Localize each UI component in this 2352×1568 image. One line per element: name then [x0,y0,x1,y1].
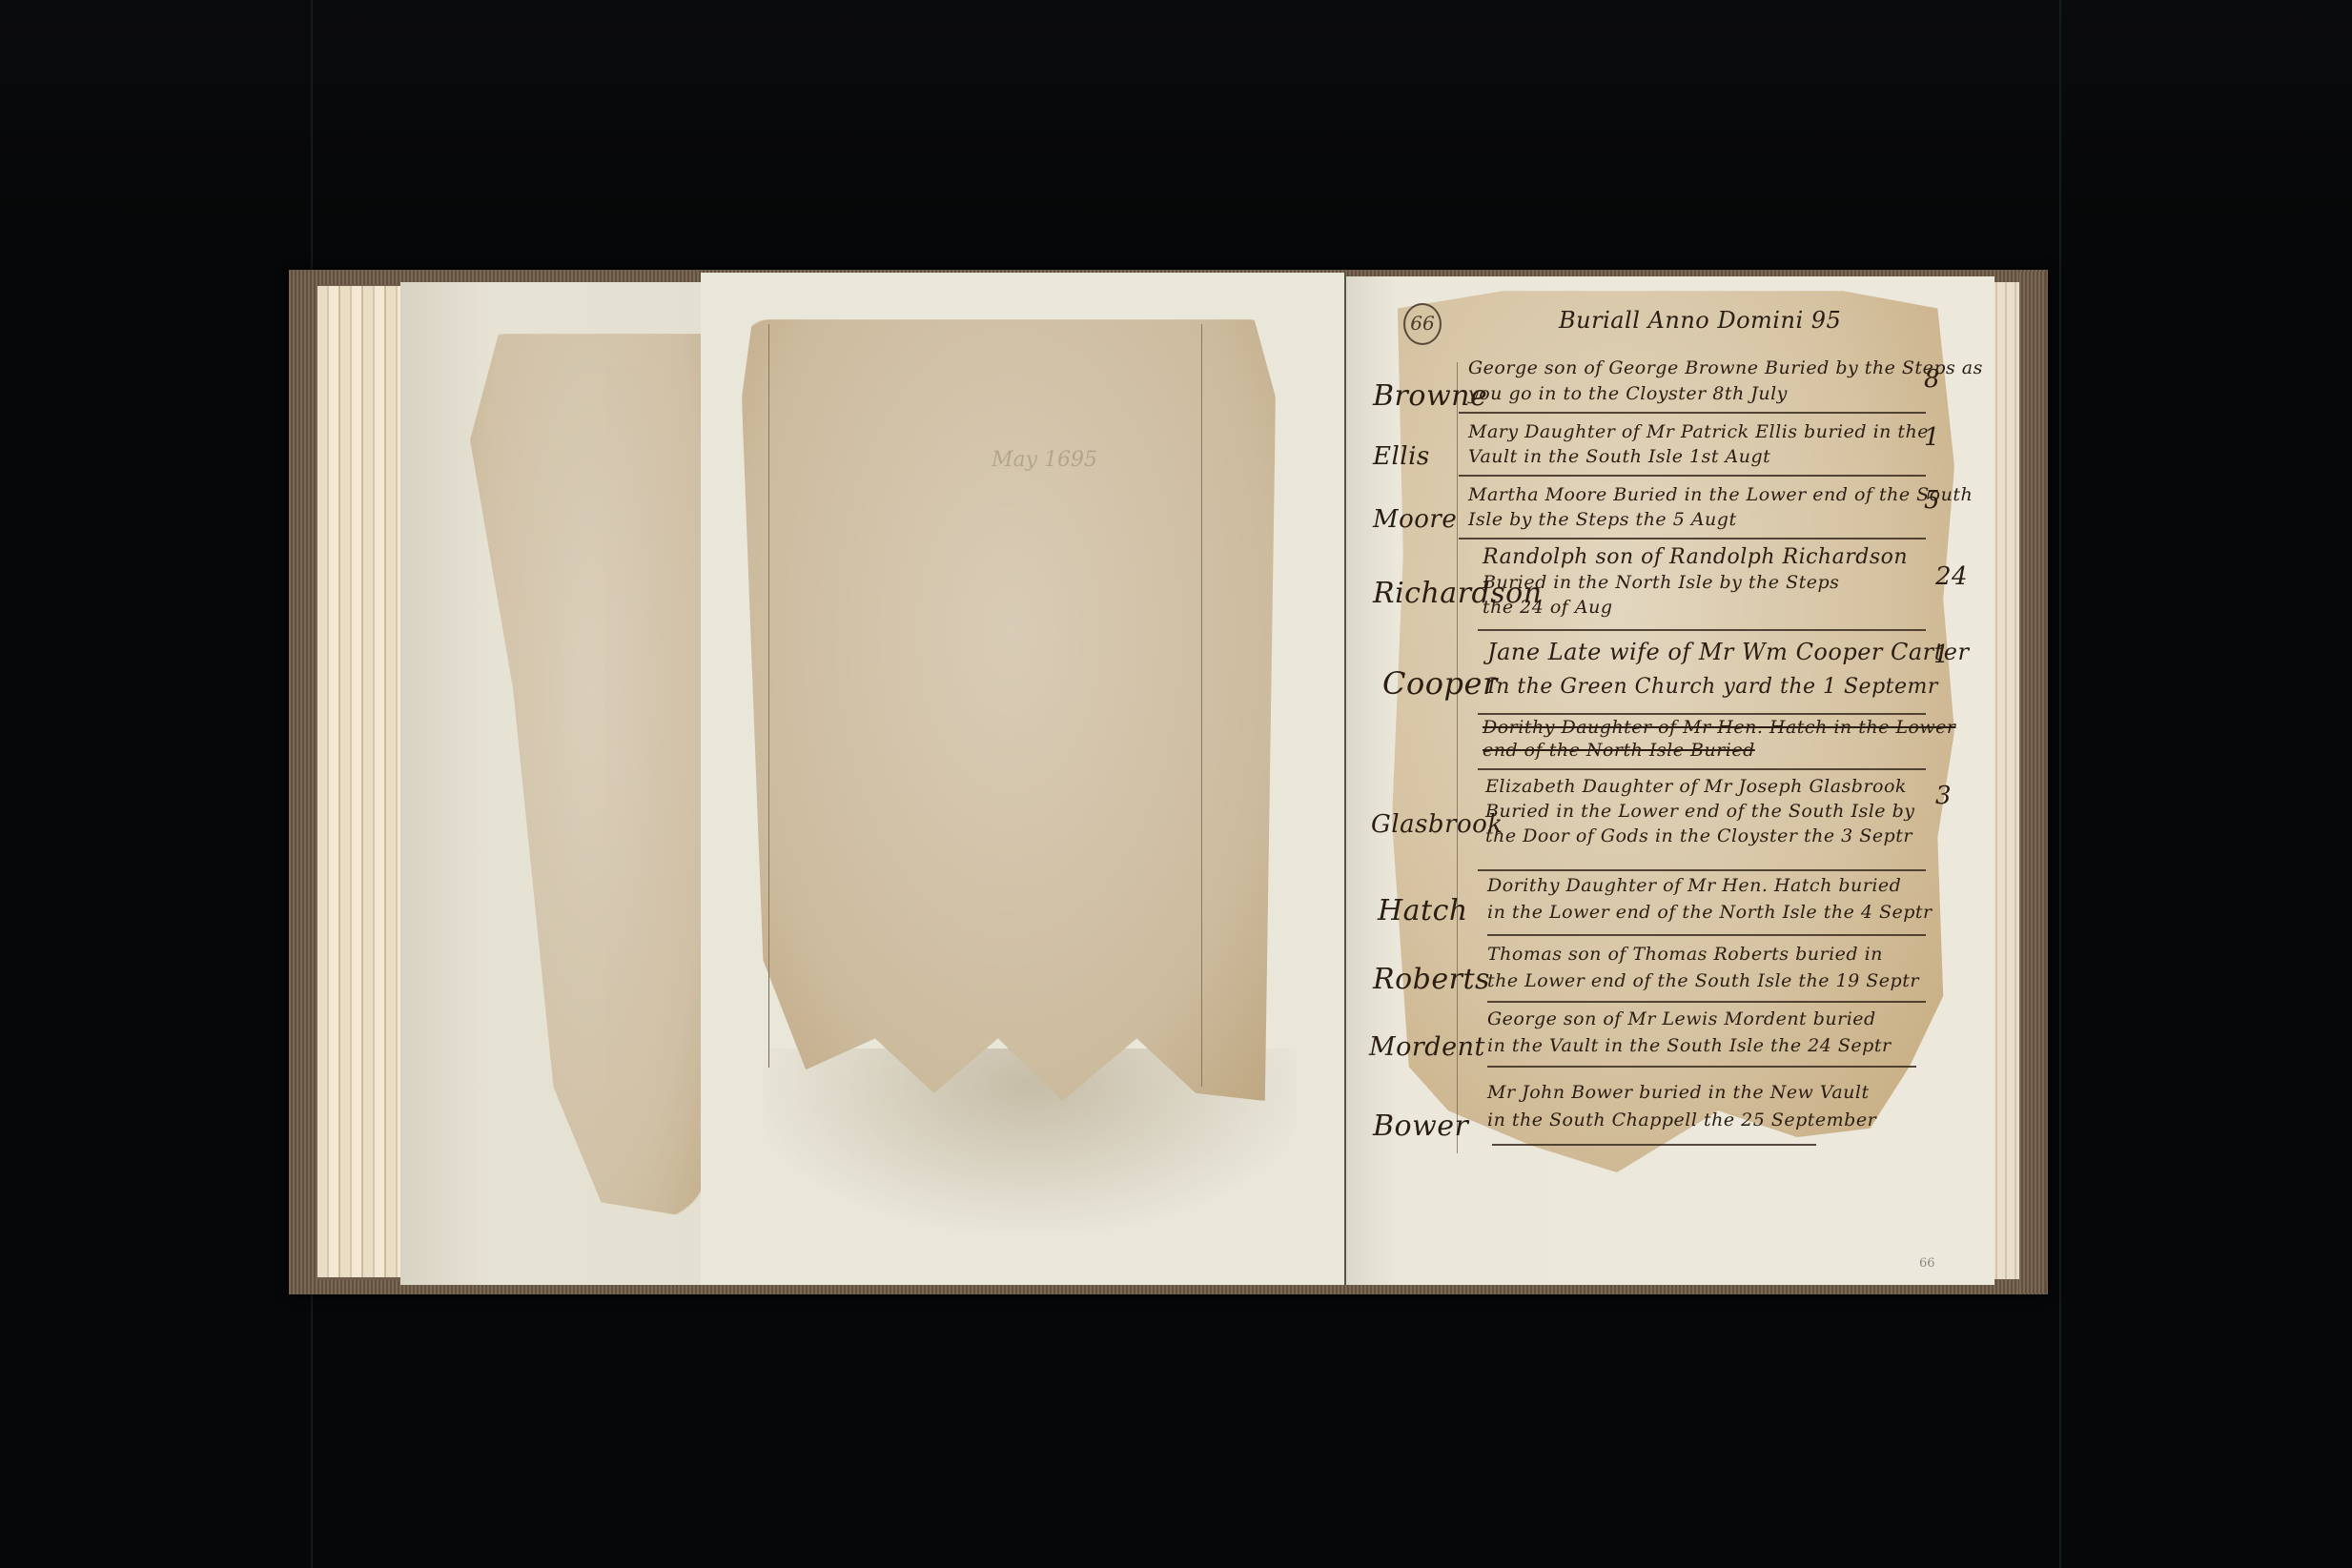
entry-line: Mary Daughter of Mr Patrick Ellis buried… [1468,421,1929,442]
entry-surname: Mordent [1369,1032,1485,1062]
entry-day: 1 [1924,423,1940,452]
page-edges-left [317,286,403,1277]
entry-line: George son of George Browne Buried by th… [1468,357,1983,378]
folio-mark: 66 [1403,303,1442,345]
entry-line: Martha Moore Buried in the Lower end of … [1468,484,1973,505]
center-fragment-right-rule [1201,324,1202,1087]
entry-day: 5 [1924,486,1940,515]
ruling-line [1478,713,1926,715]
glass-edge-right [2059,0,2061,1568]
entry-line: Elizabeth Daughter of Mr Joseph Glasbroo… [1485,776,1907,797]
entry-line: Dorithy Daughter of Mr Hen. Hatch buried [1487,875,1901,896]
entry-surname: Hatch [1378,894,1468,927]
entry-line: Buried in the North Isle by the Steps [1483,572,1839,593]
struck-entry-line: end of the North Isle Buried [1483,740,1755,761]
entry-line: Isle by the Steps the 5 Augt [1468,509,1737,530]
ruling-line [1487,1001,1926,1003]
ruling-line [1478,869,1926,871]
entry-line: in the South Chappell the 25 September [1487,1110,1876,1130]
entry-line: George son of Mr Lewis Mordent buried [1487,1008,1876,1029]
ruling-line [1492,1144,1816,1146]
ruling-line [1487,1066,1916,1068]
entry-surname: Moore [1373,505,1457,534]
entry-surname: Glasbrook [1371,810,1503,839]
ruling-line [1478,629,1926,631]
entry-day: 1 [1933,641,1950,669]
entry-line: you go in to the Cloyster 8th July [1468,383,1788,404]
center-fragment-left-rule [768,324,769,1068]
board-left [289,272,317,1293]
ruling-line [1459,475,1926,477]
entry-surname: Bower [1373,1110,1468,1143]
entry-surname: Ellis [1373,442,1430,471]
entry-line: Vault in the South Isle 1st Augt [1468,446,1770,467]
entry-line: Mr John Bower buried in the New Vault [1487,1082,1870,1103]
entry-line: Buried in the Lower end of the South Isl… [1485,801,1914,822]
entry-day: 24 [1935,562,1968,591]
entry-line: the Lower end of the South Isle the 19 S… [1487,970,1919,991]
background-top [0,0,2352,229]
entry-line: Jane Late wife of Mr Wm Cooper Carter [1487,639,1969,665]
board-right [2019,272,2046,1293]
entry-line: the Door of Gods in the Cloyster the 3 S… [1485,825,1912,846]
pencil-page-number: 66 [1919,1256,1935,1271]
entry-line: In the Green Church yard the 1 Septemr [1487,675,1938,699]
ruling-line [1459,538,1926,540]
entry-line: Thomas son of Thomas Roberts buried in [1487,944,1883,965]
entry-line: Randolph son of Randolph Richardson [1483,545,1908,569]
page-heading: Buriall Anno Domini 95 [1559,307,1841,334]
entry-day: 3 [1935,782,1952,810]
center-page-fragment [742,319,1276,1101]
entry-day: 8 [1924,365,1940,394]
entry-surname: Roberts [1373,963,1490,996]
entry-surname: Cooper [1382,665,1498,702]
center-ghost-text: May 1695 [992,448,1097,472]
entry-line: in the Lower end of the North Isle the 4… [1487,902,1933,923]
entry-line: in the Vault in the South Isle the 24 Se… [1487,1035,1892,1056]
ruling-line [1459,412,1926,414]
ruling-line [1478,768,1926,770]
ruling-line [1487,934,1926,936]
struck-entry-line: Dorithy Daughter of Mr Hen. Hatch in the… [1483,717,1956,738]
entry-line: the 24 of Aug [1483,597,1613,618]
